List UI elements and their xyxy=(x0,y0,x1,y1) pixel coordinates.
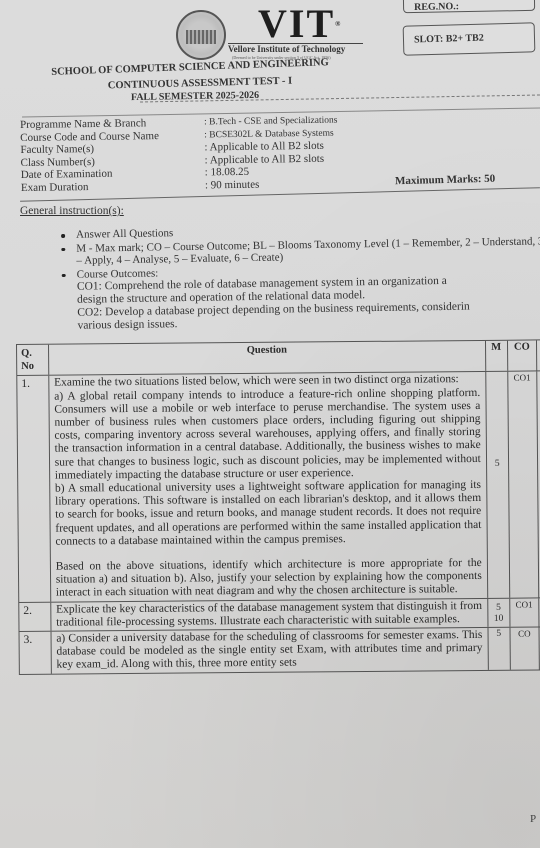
header-co: CO xyxy=(507,340,537,371)
general-instructions-title: General instruction(s): xyxy=(20,205,124,217)
header-question: Question xyxy=(48,341,485,375)
table-row: 3. a) Consider a university database for… xyxy=(19,627,540,674)
header-marks: M xyxy=(485,341,507,372)
table-row: 1. Examine the two situations listed bel… xyxy=(16,372,540,603)
table-row: 2. Explicate the key characteristics of … xyxy=(18,598,540,632)
institute-name: Vellore Institute of Technology xyxy=(228,44,345,54)
page-marker: P xyxy=(530,813,536,825)
exam-paper: VIT® Vellore Institute of Technology (De… xyxy=(0,0,540,848)
question-table: Q. No Question M CO B 1. Examine the two… xyxy=(16,339,540,674)
header-qno: Q. No xyxy=(16,345,48,376)
table-header-row: Q. No Question M CO B xyxy=(16,339,540,376)
header-bl: B xyxy=(536,340,540,371)
reg-no-box: REG.NO.: xyxy=(403,0,535,13)
instructions: Answer All Questions M - Max mark; CO – … xyxy=(60,221,540,334)
instruction-item: Course Outcomes: CO1: Comprehend the rol… xyxy=(77,261,540,333)
vit-seal-icon xyxy=(176,10,226,60)
slot-box: SLOT: B2+ TB2 xyxy=(403,22,536,55)
vit-logo: VIT® xyxy=(258,4,342,44)
